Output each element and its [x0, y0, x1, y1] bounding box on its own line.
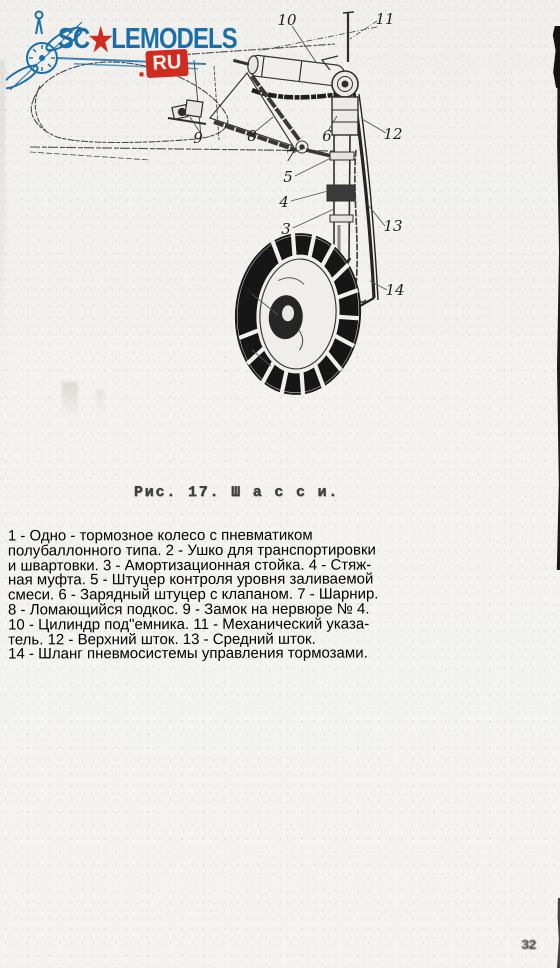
parts-description: 1 - Одно - тормозное колесо с пневматико…	[8, 529, 379, 663]
scan-smudge	[0, 60, 5, 400]
callout-2: 2	[241, 285, 252, 303]
callout-10: 10	[277, 11, 297, 29]
logo-brand-prefix: SC	[58, 23, 89, 55]
scanned-book-page: 10 11 9 8 6 7 12 5 4 3 13 2 14 1	[0, 0, 560, 968]
figure-caption: Рис. 17. Ш а с с и.	[134, 484, 339, 501]
scan-smudge	[62, 382, 78, 418]
callout-7: 7	[285, 147, 295, 165]
callout-1: 1	[242, 341, 252, 359]
callout-13: 13	[383, 217, 402, 235]
page-number: 32	[521, 938, 536, 954]
callout-4: 4	[278, 193, 289, 211]
logo-speed-lines	[56, 54, 216, 70]
callout-12: 12	[383, 125, 402, 143]
callout-5: 5	[283, 168, 293, 186]
callout-11: 11	[375, 10, 394, 28]
logo-domain-badge: RU	[145, 49, 188, 78]
callout-8: 8	[247, 127, 257, 145]
description-line: 14 - Шланг пневмосистемы управления торм…	[8, 647, 379, 663]
scan-smudge	[96, 390, 104, 416]
wheel	[230, 228, 365, 400]
star-icon: ★	[89, 21, 112, 58]
callout-14: 14	[385, 281, 404, 299]
callout-3: 3	[281, 220, 291, 238]
site-watermark: SC★LEMODELS RU	[6, 4, 236, 114]
callout-6: 6	[322, 127, 332, 145]
callout-9: 9	[193, 129, 203, 147]
